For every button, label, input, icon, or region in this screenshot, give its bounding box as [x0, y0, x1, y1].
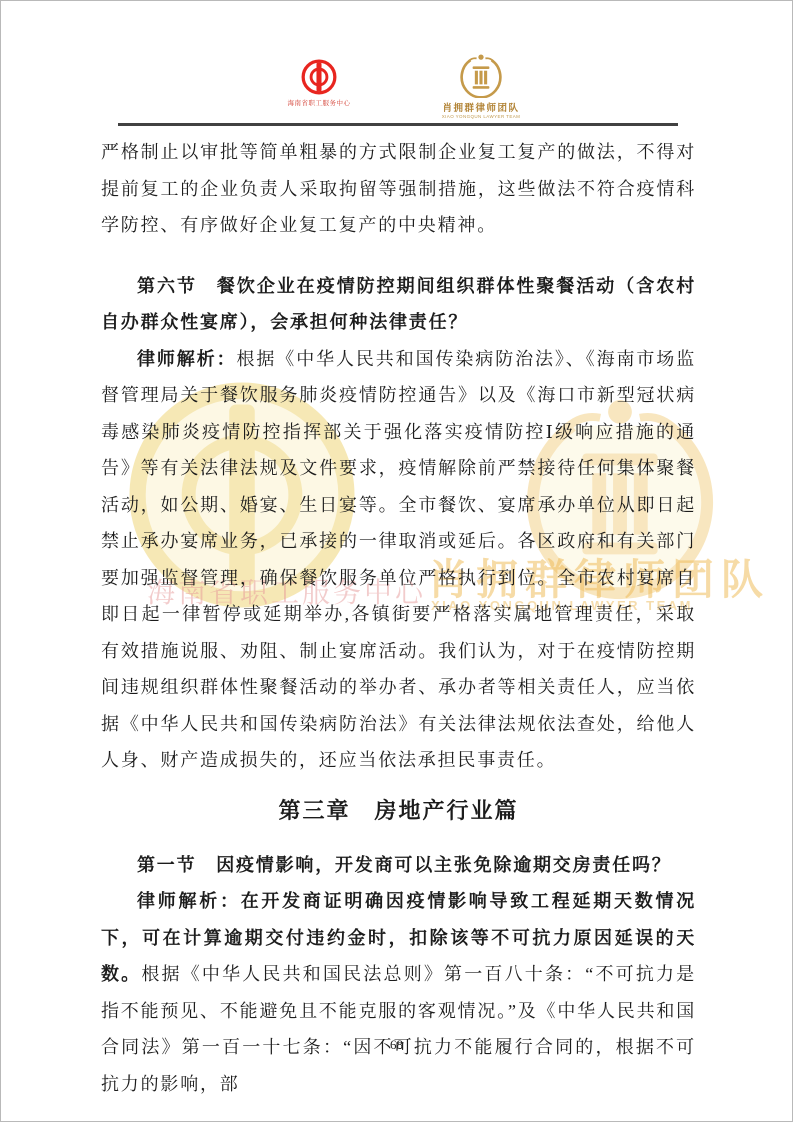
analysis-label: 律师解析：: [137, 349, 237, 369]
section-one-analysis: 律师解析：在开发商证明确因疫情影响导致工程延期天数情况下，可在计算逾期交付违约金…: [101, 883, 696, 1102]
section-six-analysis: 律师解析：根据《中华人民共和国传染病防治法》、《海南市场监督管理局关于餐饮服务肺…: [101, 341, 696, 779]
union-logo-label: 海南省职工服务中心: [288, 98, 351, 107]
analysis-text: 根据《中华人民共和国民法总则》第一百八十条：“不可抗力是指不能预见、不能避免且不…: [101, 964, 696, 1094]
union-logo: 海南省职工服务中心: [286, 59, 352, 107]
section-one-heading: 第一节 因疫情影响，开发商可以主张免除逾期交房责任吗？: [101, 847, 696, 884]
lawyer-team-logo-sublabel: XIAO YONGQUN LAWYER TEAM: [442, 114, 521, 119]
page-number: 68: [1, 1037, 792, 1053]
lawyer-team-logo-icon: [459, 54, 503, 98]
lawyer-team-logo: 肖拥群律师团队 XIAO YONGQUN LAWYER TEAM: [421, 54, 541, 119]
paragraph-continued: 严格制止以审批等简单粗暴的方式限制企业复工复产的做法，不得对提前复工的企业负责人…: [101, 134, 696, 244]
chapter-heading: 第三章 房地产行业篇: [101, 791, 696, 831]
document-page: 海南省职工服务中心 肖拥群律师团队 XIAO YONGQUN LAWYER TE…: [0, 0, 793, 1122]
document-body: 严格制止以审批等简单粗暴的方式限制企业复工复产的做法，不得对提前复工的企业负责人…: [1, 1, 792, 1121]
analysis-text: 根据《中华人民共和国传染病防治法》、《海南市场监督管理局关于餐饮服务肺炎疫情防控…: [101, 349, 696, 771]
union-logo-icon: [301, 59, 337, 95]
header-divider: [118, 123, 678, 126]
lawyer-team-logo-label: 肖拥群律师团队: [442, 100, 519, 114]
section-six-heading: 第六节 餐饮企业在疫情防控期间组织群体性聚餐活动（含农村自办群众性宴席），会承担…: [101, 268, 696, 341]
